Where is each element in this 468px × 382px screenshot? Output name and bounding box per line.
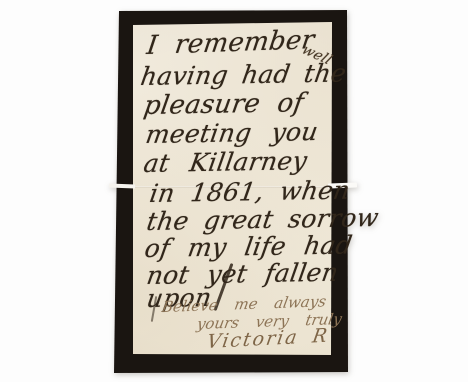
handwriting-line: pleasure of — [142, 90, 306, 119]
handwriting-line: at Killarney — [142, 148, 309, 176]
handwriting-line: I remember — [145, 27, 316, 59]
handwriting-line: of my life had — [143, 232, 354, 261]
handwriting-line: having had the — [139, 60, 348, 89]
fold-crease-notch-left — [109, 184, 135, 189]
mourning-letter-card: I remember well having had the pleasure … — [0, 0, 468, 382]
letter-photograph: I remember well having had the pleasure … — [0, 0, 468, 382]
handwriting-line: meeting you — [144, 119, 320, 147]
handwriting-line: in 1861, when — [148, 177, 352, 206]
